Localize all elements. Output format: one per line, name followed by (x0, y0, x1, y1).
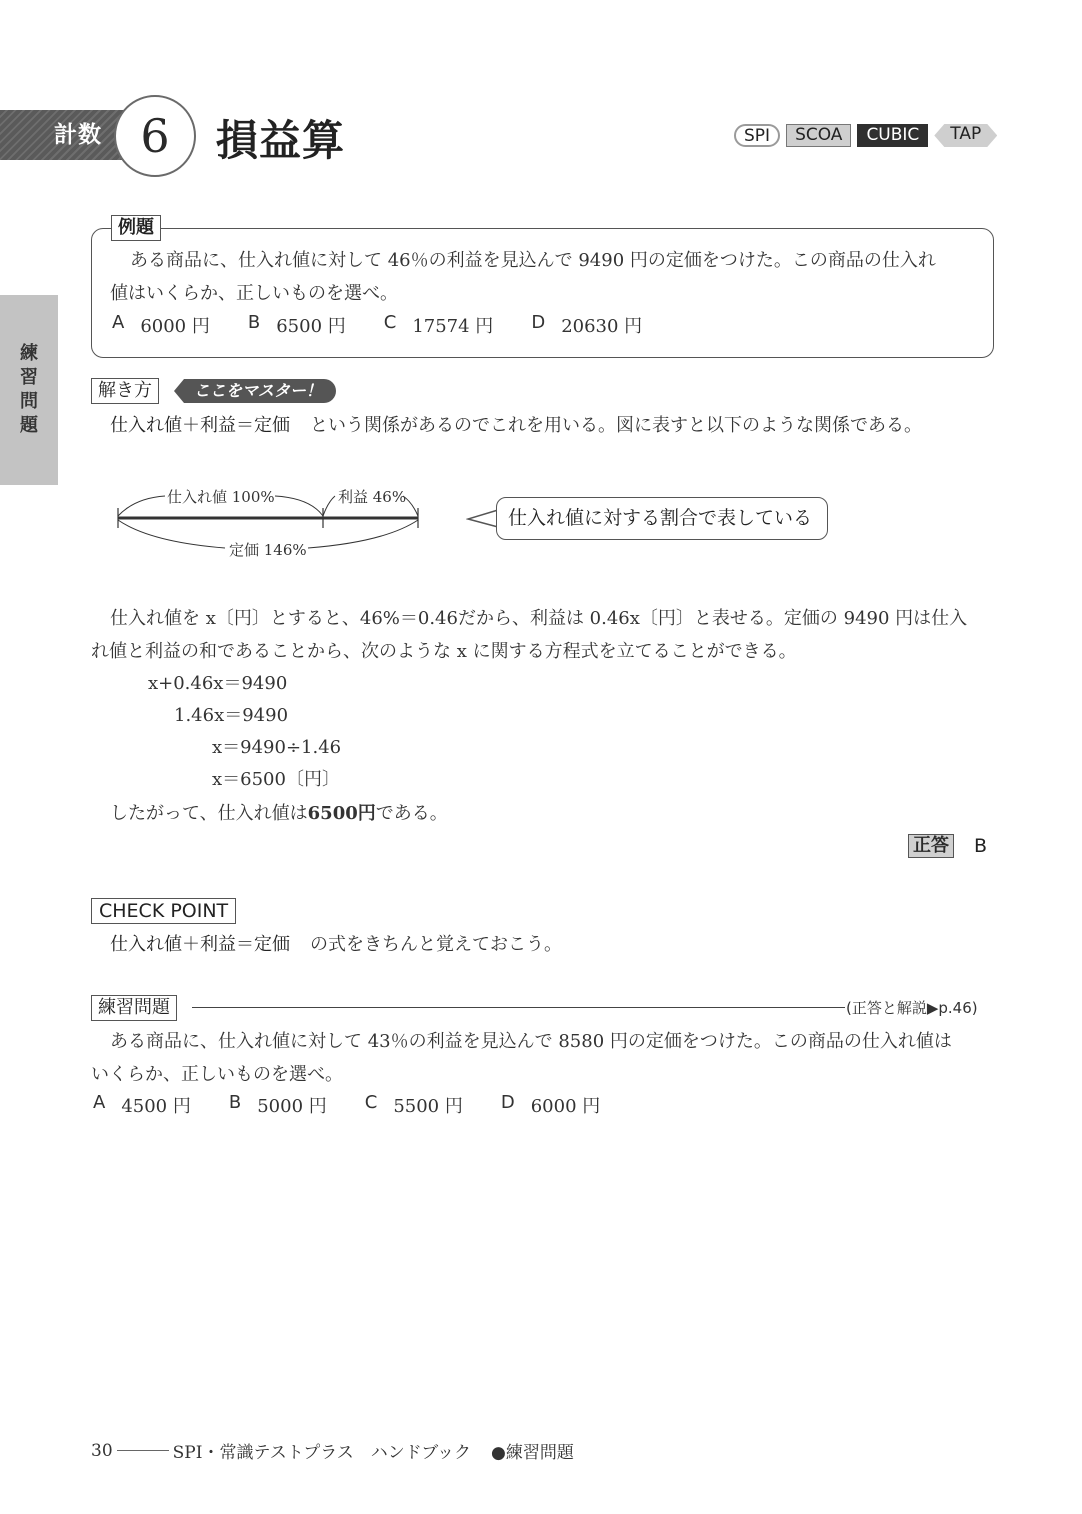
practice-label: 練習問題 (91, 995, 177, 1021)
choice-letter: D (531, 312, 545, 338)
equation-1: x+0.46x＝9490 (148, 668, 287, 700)
equation-2: 1.46x＝9490 (174, 700, 288, 732)
solution-label: 解き方 (91, 378, 159, 404)
choice-value: 4500 円 (121, 1092, 191, 1118)
choice-c: C5500 円 (365, 1092, 463, 1118)
chapter-number: 6 (114, 95, 196, 177)
choice-value: 5000 円 (257, 1092, 327, 1118)
answer-value: B (974, 835, 987, 857)
test-type-badges: SPI SCOA CUBIC TAP (734, 124, 997, 147)
equation-3: x＝9490÷1.46 (212, 732, 341, 764)
side-tab-char: 習 (20, 366, 38, 390)
choice-letter: A (112, 312, 124, 338)
conclusion-tail: である。 (376, 797, 448, 830)
footer-rule (117, 1450, 169, 1451)
choice-value: 6000 円 (531, 1092, 601, 1118)
conclusion-unit: 円 (358, 797, 376, 830)
practice-question-line1: ある商品に、仕入れ値に対して 43％の利益を見込んで 8580 円の定価をつけた… (110, 1025, 952, 1058)
page-number: 30 (91, 1441, 113, 1461)
choice-letter: D (501, 1092, 515, 1118)
page-title: 損益算 (216, 108, 345, 168)
price-label: 定価 146% (229, 539, 307, 560)
choice-c: C17574 円 (384, 312, 494, 338)
profit-label: 利益 46% (338, 486, 406, 507)
formula: 仕入れ値＋利益＝定価 (110, 411, 290, 437)
choice-d: D20630 円 (531, 312, 642, 338)
conclusion: したがって、仕入れ値は 6500 円 である。 (110, 797, 448, 830)
badge-cubic: CUBIC (857, 124, 928, 147)
practice-rule (192, 1007, 845, 1008)
choice-a: A6000 円 (112, 312, 210, 338)
example-question-line1: ある商品に、仕入れ値に対して 46％の利益を見込んで 9490 円の定価をつけた… (130, 244, 936, 277)
side-tab-char: 題 (20, 414, 38, 438)
conclusion-answer: 6500 (308, 797, 358, 830)
choice-value: 17574 円 (412, 312, 493, 338)
choice-b: B6500 円 (248, 312, 346, 338)
choice-letter: A (93, 1092, 105, 1118)
example-question-line2: 値はいくらか、正しいものを選べ。 (110, 277, 398, 310)
practice-choices: A4500 円 B5000 円 C5500 円 D6000 円 (93, 1092, 638, 1118)
choice-b: B5000 円 (229, 1092, 327, 1118)
check-formula: 仕入れ値＋利益＝定価 (110, 930, 290, 956)
book-title: SPI・常識テストプラス ハンドブック (173, 1438, 471, 1463)
badge-spi: SPI (734, 124, 780, 147)
choice-value: 6500 円 (276, 312, 346, 338)
example-choices: A6000 円 B6500 円 C17574 円 D20630 円 (112, 312, 680, 338)
footer-section: ●練習問題 (491, 1438, 574, 1463)
check-point-label: CHECK POINT (91, 898, 236, 924)
practice-question-line2: いくらか、正しいものを選べ。 (91, 1058, 343, 1091)
choice-value: 5500 円 (393, 1092, 463, 1118)
check-text: の式をきちんと覚えておこう。 (310, 928, 562, 961)
badge-tap: TAP (934, 124, 997, 147)
choice-letter: C (384, 312, 397, 338)
solution-intro: 仕入れ値＋利益＝定価 という関係があるのでこれを用いる。図に表すと以下のような関… (110, 409, 922, 442)
solution-para-line1: 仕入れ値を x〔円〕とすると、46%＝0.46だから、利益は 0.46x〔円〕と… (110, 602, 967, 635)
answer-label: 正答 (908, 834, 954, 858)
correct-answer: 正答 B (908, 834, 987, 858)
choice-d: D6000 円 (501, 1092, 600, 1118)
badge-scoa: SCOA (786, 124, 851, 147)
formula-description: という関係があるのでこれを用いる。図に表すと以下のような関係である。 (310, 409, 922, 442)
practice-reference: (正答と解説▶p.46) (846, 997, 978, 1018)
choice-value: 6000 円 (140, 312, 210, 338)
conclusion-text: したがって、仕入れ値は (110, 797, 308, 830)
choice-letter: B (229, 1092, 241, 1118)
check-point-content: 仕入れ値＋利益＝定価 の式をきちんと覚えておこう。 (110, 928, 562, 961)
master-pill: ここをマスター！ (174, 379, 336, 403)
category-label: 計数 (54, 118, 114, 152)
example-label: 例題 (111, 215, 161, 241)
side-tab-char: 練 (20, 342, 38, 366)
cost-label: 仕入れ値 100% (167, 486, 275, 507)
callout-pointer (466, 507, 500, 531)
side-tab-practice: 練 習 問 題 (0, 295, 58, 485)
diagram-callout: 仕入れ値に対する割合で表している (496, 497, 828, 540)
choice-value: 20630 円 (561, 312, 642, 338)
solution-para-line2: れ値と利益の和であることから、次のような x に関する方程式を立てることができる… (91, 635, 797, 668)
choice-letter: C (365, 1092, 378, 1118)
choice-a: A4500 円 (93, 1092, 191, 1118)
choice-letter: B (248, 312, 260, 338)
page-footer: 30 SPI・常識テストプラス ハンドブック ●練習問題 (91, 1438, 574, 1463)
equation-4: x＝6500〔円〕 (212, 764, 340, 796)
side-tab-char: 問 (20, 390, 38, 414)
